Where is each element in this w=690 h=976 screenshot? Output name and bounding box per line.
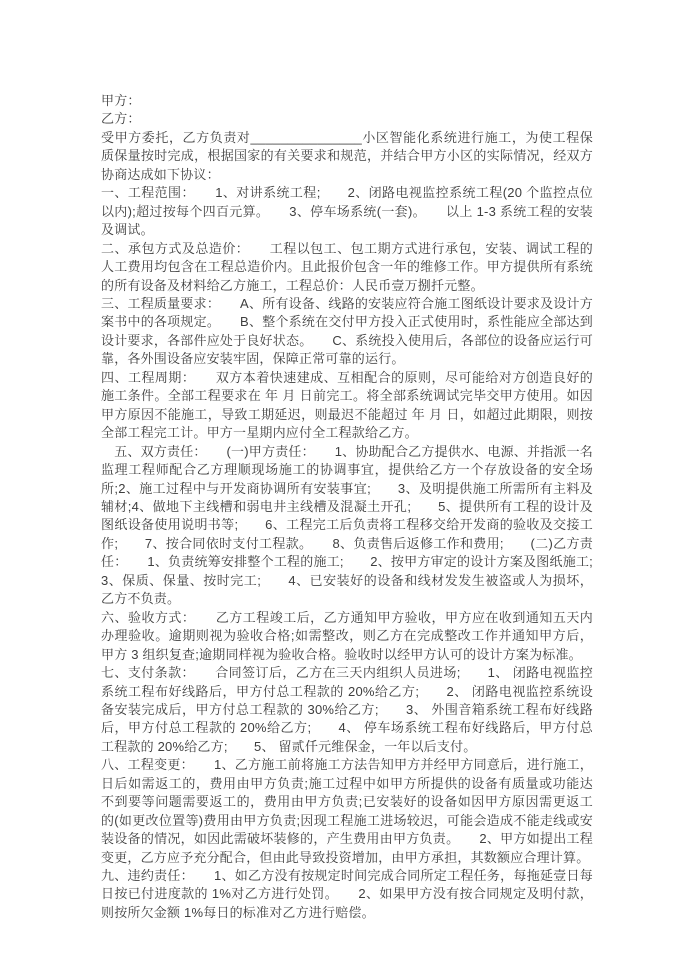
preamble: 受甲方委托，乙方负责对_______________小区智能化系统进行施工，为使…	[101, 129, 593, 184]
section-3-quality: 三、工程质量要求： A、所有设备、线路的安装应符合施工图纸设计要求及设计方案书中…	[101, 295, 593, 369]
section-1-scope: 一、工程范围： 1、对讲系统工程; 2、闭路电视监控系统工程(20 个监控点位以…	[101, 184, 593, 239]
section-7-payment: 七、支付条款： 合同签订后，乙方在三天内组织人员进场; 1、 闭路电视监控系统工…	[101, 664, 593, 756]
party-a-line: 甲方：	[101, 92, 593, 110]
section-4-schedule: 四、工程周期： 双方本着快速建成、互相配合的原则，尽可能给对方创造良好的施工条件…	[101, 369, 593, 443]
contract-page: 甲方： 乙方： 受甲方委托，乙方负责对_______________小区智能化系…	[0, 0, 690, 976]
section-5-responsibilities: 五、双方责任： (一)甲方责任： 1、协助配合乙方提供水、电源、并指派一名监理工…	[101, 443, 593, 609]
section-9-breach: 九、违约责任： 1、如乙方没有按规定时间完成合同所定工程任务，每拖延壹日每日按已…	[101, 867, 593, 922]
section-6-acceptance: 六、验收方式： 乙方工程竣工后，乙方通知甲方验收，甲方应在收到通知五天内办理验收…	[101, 609, 593, 664]
section-2-price: 二、承包方式及总造价： 工程以包工、包工期方式进行承包，安装、调试工程的人工费用…	[101, 240, 593, 295]
party-b-line: 乙方：	[101, 110, 593, 128]
section-8-changes: 八、工程变更： 1、乙方施工前将施工方法告知甲方并经甲方同意后，进行施工，日后如…	[101, 756, 593, 867]
contract-document: 甲方： 乙方： 受甲方委托，乙方负责对_______________小区智能化系…	[101, 92, 593, 922]
